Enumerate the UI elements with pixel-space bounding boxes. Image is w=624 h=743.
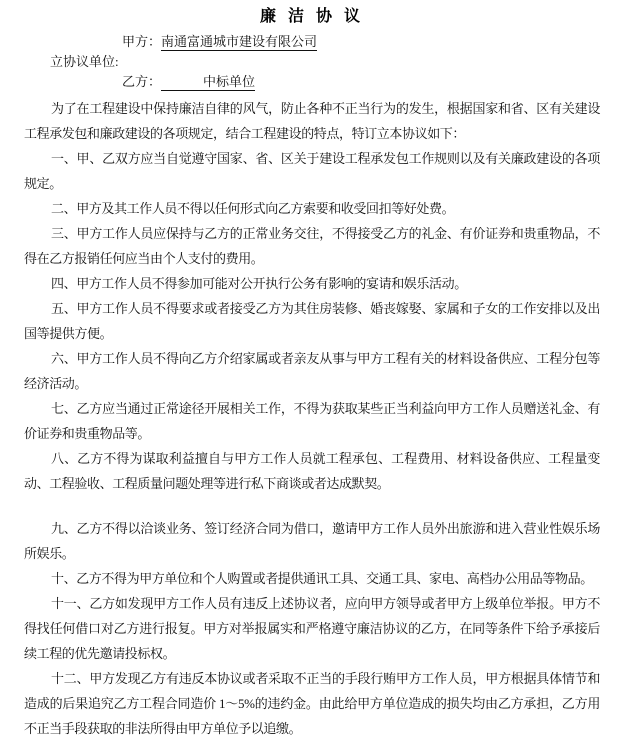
party-b-label: 乙方： — [122, 74, 161, 89]
clause-paragraph: 八、乙方不得为谋取利益擅自与甲方工作人员就工程承包、工程费用、材料设备供应、工程… — [24, 446, 600, 496]
clause-paragraph: 十、乙方不得为甲方单位和个人购置或者提供通讯工具、交通工具、家电、高档办公用品等… — [24, 566, 600, 591]
party-b-blank-space — [161, 85, 203, 86]
clause-paragraph: 七、乙方应当通过正常途径开展相关工作，不得为获取某些正当利益向甲方工作人员赠送礼… — [24, 396, 600, 446]
clause-paragraph: 三、甲方工作人员应保持与乙方的正常业务交往，不得接受乙方的礼金、有价证券和贵重物… — [24, 221, 600, 271]
party-b-underline: 中标单位 — [161, 74, 255, 91]
agreement-unit-label: 立协议单位: — [24, 52, 600, 72]
clause-paragraph: 十一、乙方如发现甲方工作人员有违反上述协议者，应向甲方领导或者甲方上级单位举报。… — [24, 591, 600, 666]
document-page: 廉 洁 协 议 甲方：南通富通城市建设有限公司 立协议单位: 乙方：中标单位 为… — [0, 0, 624, 743]
party-b-value: 中标单位 — [203, 74, 255, 89]
clause-paragraph: 二、甲方及其工作人员不得以任何形式向乙方索要和收受回扣等好处费。 — [24, 196, 600, 221]
clause-paragraph: 为了在工程建设中保持廉洁自律的风气，防止各种不正当行为的发生，根据国家和省、区有… — [24, 96, 600, 146]
page-title: 廉 洁 协 议 — [24, 6, 600, 27]
party-a-label: 甲方： — [122, 34, 161, 49]
clause-paragraph: 九、乙方不得以洽谈业务、签订经济合同为借口，邀请甲方工作人员外出旅游和进入营业性… — [24, 516, 600, 566]
clause-paragraph: 十二、甲方发现乙方有违反本协议或者采取不正当的手段行贿甲方工作人员，甲方根据具体… — [24, 666, 600, 741]
clause-paragraph: 四、甲方工作人员不得参加可能对公开执行公务有影响的宴请和娱乐活动。 — [24, 271, 600, 296]
clause-paragraph: 一、甲、乙双方应当自觉遵守国家、省、区关于建设工程承发包工作规则以及有关廉政建设… — [24, 146, 600, 196]
party-b-line: 乙方：中标单位 — [24, 72, 600, 92]
party-a-line: 甲方：南通富通城市建设有限公司 — [24, 32, 600, 52]
clause-paragraph: 六、甲方工作人员不得向乙方介绍家属或者亲友从事与甲方工程有关的材料设备供应、工程… — [24, 346, 600, 396]
clause-list: 为了在工程建设中保持廉洁自律的风气，防止各种不正当行为的发生，根据国家和省、区有… — [24, 96, 600, 741]
clause-paragraph: 五、甲方工作人员不得要求或者接受乙方为其住房装修、婚丧嫁娶、家属和子女的工作安排… — [24, 296, 600, 346]
party-a-value: 南通富通城市建设有限公司 — [161, 34, 317, 51]
